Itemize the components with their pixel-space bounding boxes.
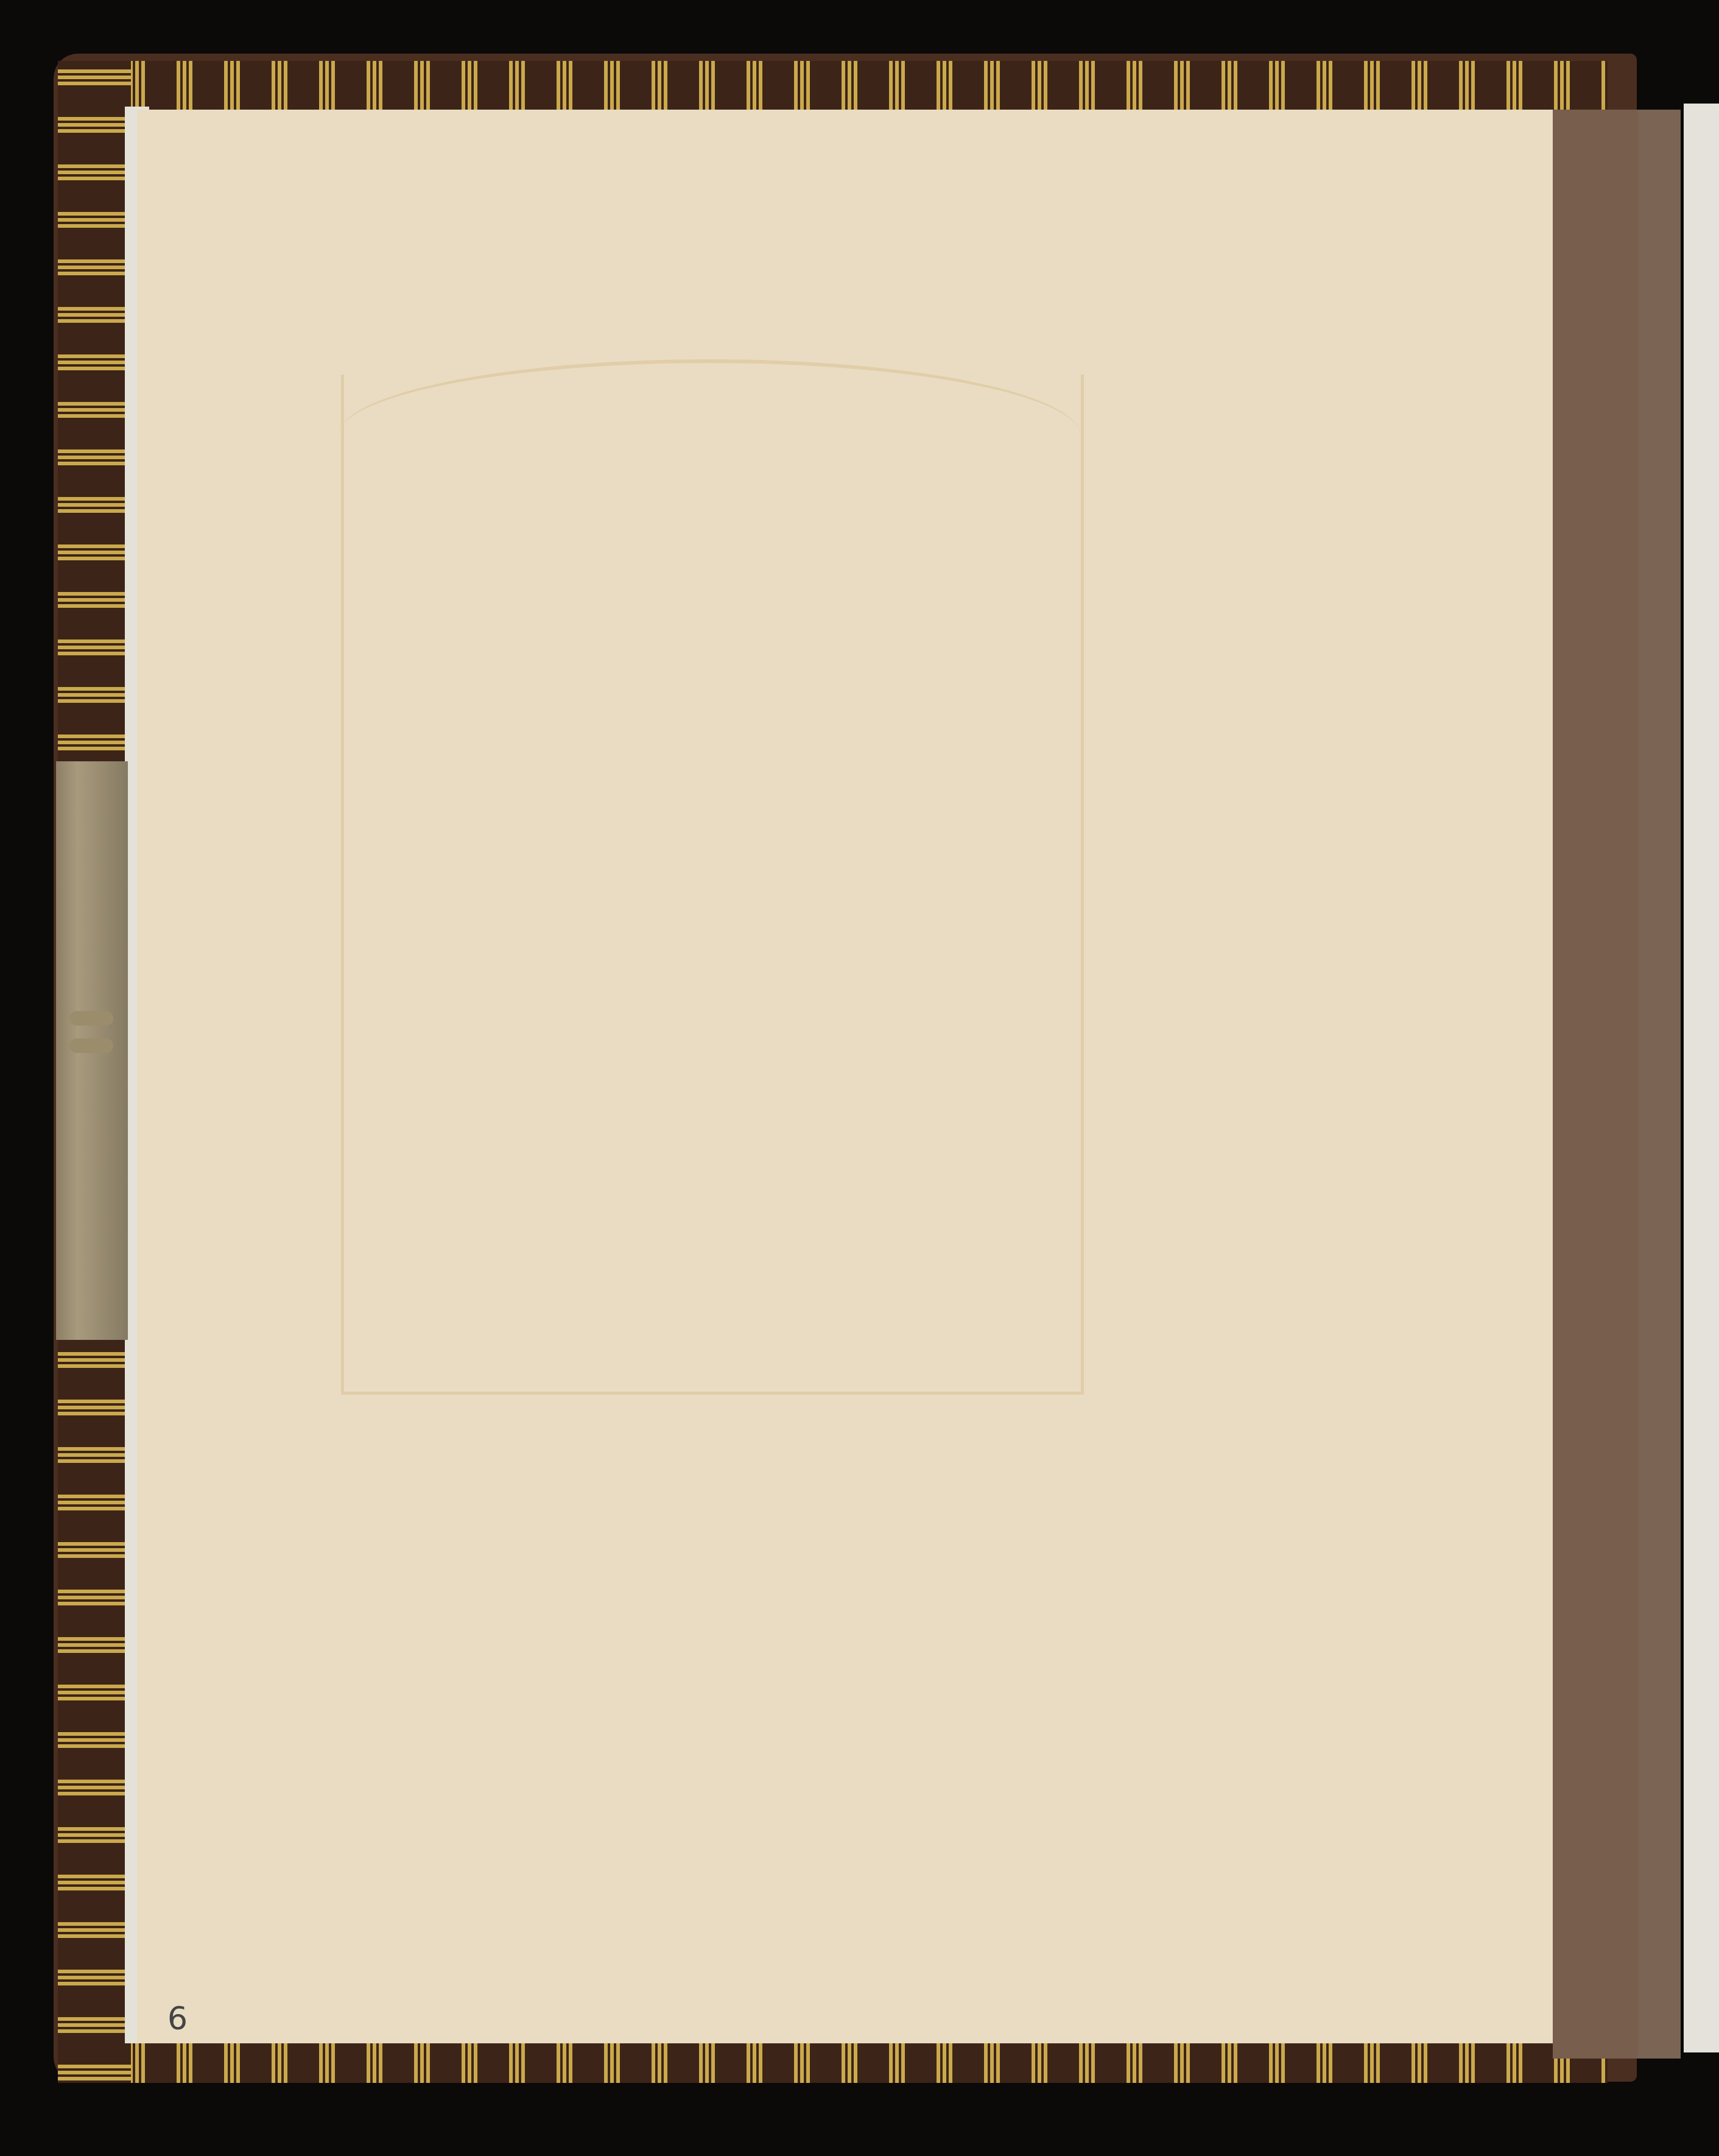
next-page-edge <box>1684 104 1719 2052</box>
page-number: 6 <box>167 2001 188 2037</box>
metal-clasp <box>56 761 128 1340</box>
cloth-hinge-outer <box>1638 110 1681 2059</box>
clasp-pin-icon <box>69 1038 113 1053</box>
photo-window <box>341 375 1084 1395</box>
cloth-hinge <box>1553 110 1638 2059</box>
gilt-border-top <box>73 61 1608 116</box>
clasp-pin-icon <box>69 1011 113 1026</box>
